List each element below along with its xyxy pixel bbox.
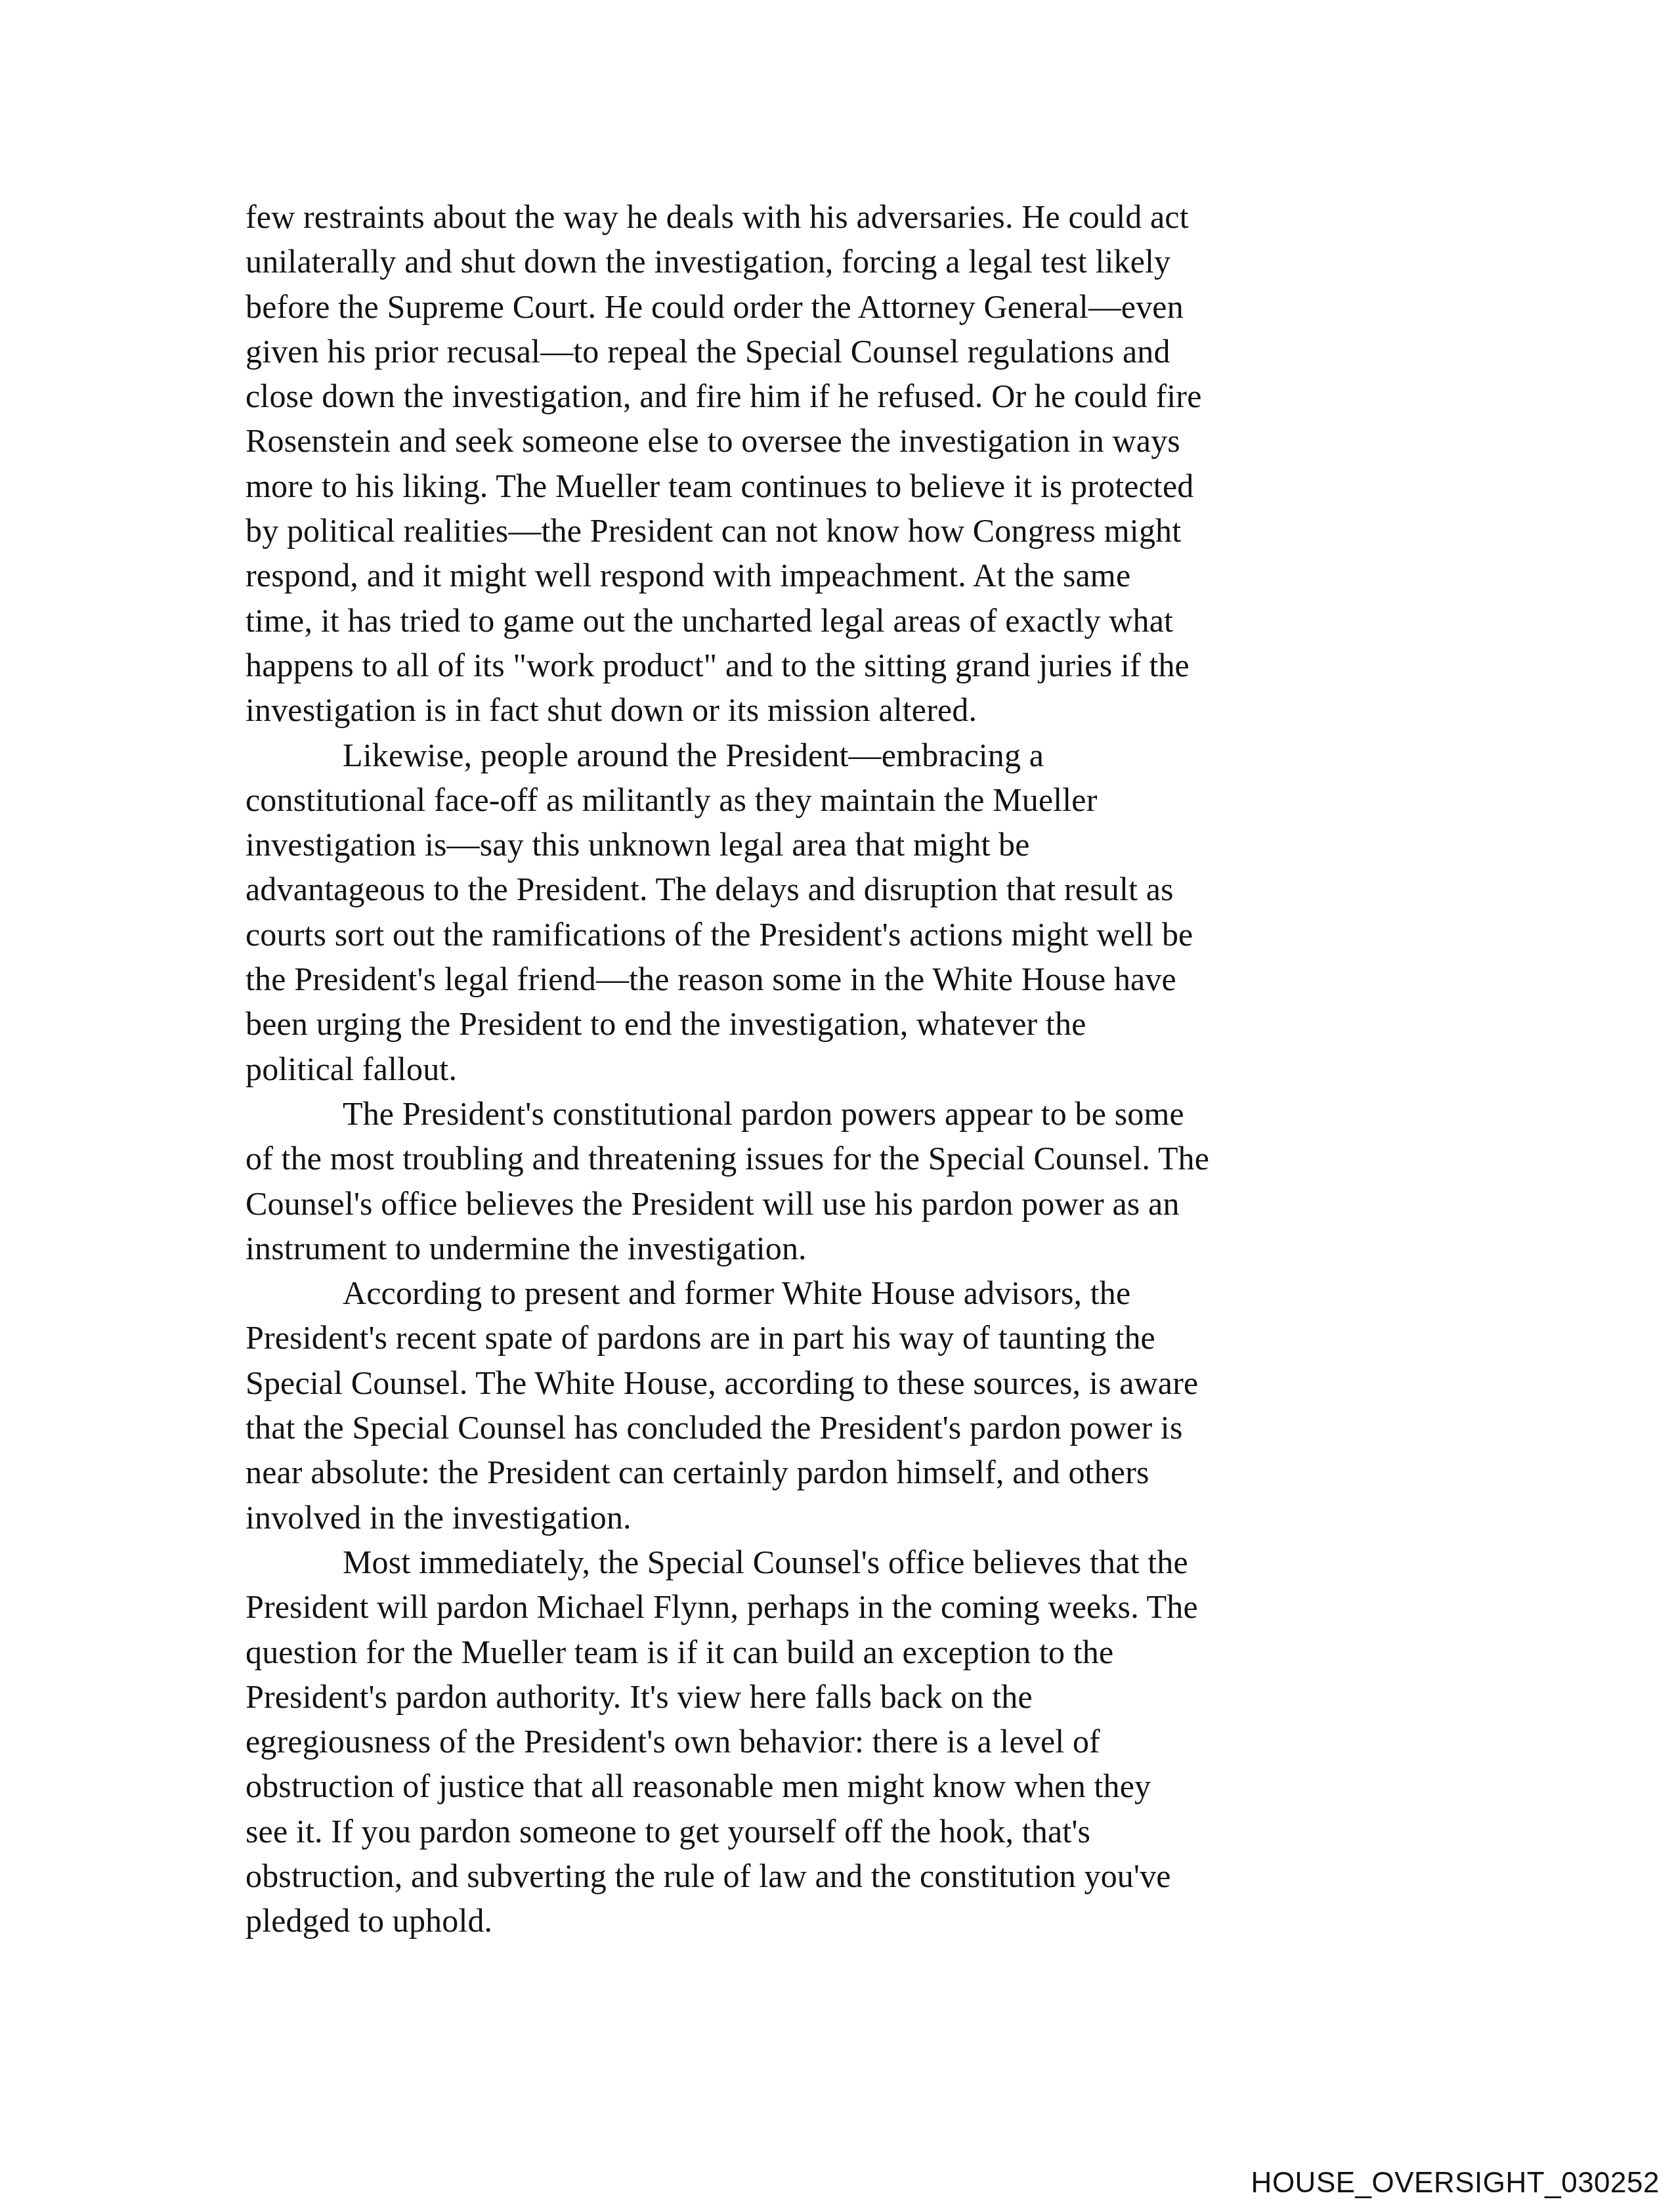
paragraph-1: few restraints about the way he deals wi… [246, 194, 1427, 733]
text-line: courts sort out the ramifications of the… [246, 912, 1427, 957]
bates-number: HOUSE_OVERSIGHT_030252 [1251, 2167, 1660, 2200]
text-line: by political realities—the President can… [246, 508, 1427, 553]
text-line: see it. If you pardon someone to get you… [246, 1809, 1427, 1854]
text-line: According to present and former White Ho… [246, 1270, 1427, 1315]
text-line: Rosenstein and seek someone else to over… [246, 418, 1427, 463]
text-line: close down the investigation, and fire h… [246, 374, 1427, 418]
paragraph-4: According to present and former White Ho… [246, 1270, 1427, 1540]
text-line: instrument to undermine the investigatio… [246, 1226, 1427, 1270]
text-line: political fallout. [246, 1047, 1427, 1091]
text-line: President's pardon authority. It's view … [246, 1674, 1427, 1719]
text-line: investigation is—say this unknown legal … [246, 822, 1427, 867]
paragraph-5: Most immediately, the Special Counsel's … [246, 1540, 1427, 1943]
text-line: unilaterally and shut down the investiga… [246, 239, 1427, 284]
text-line: Likewise, people around the President—em… [246, 733, 1427, 777]
text-line: that the Special Counsel has concluded t… [246, 1405, 1427, 1450]
text-line: obstruction of justice that all reasonab… [246, 1764, 1427, 1808]
text-line: advantageous to the President. The delay… [246, 867, 1427, 911]
text-line: Special Counsel. The White House, accord… [246, 1360, 1427, 1405]
body-text: few restraints about the way he deals wi… [246, 194, 1427, 1943]
text-line: Most immediately, the Special Counsel's … [246, 1540, 1427, 1584]
text-line: given his prior recusal—to repeal the Sp… [246, 329, 1427, 374]
text-line: President will pardon Michael Flynn, per… [246, 1584, 1427, 1629]
text-line: egregiousness of the President's own beh… [246, 1719, 1427, 1764]
text-line: involved in the investigation. [246, 1495, 1427, 1540]
text-line: before the Supreme Court. He could order… [246, 284, 1427, 329]
paragraph-3: The President's constitutional pardon po… [246, 1091, 1427, 1270]
text-line: pledged to uphold. [246, 1898, 1427, 1943]
text-line: investigation is in fact shut down or it… [246, 687, 1427, 732]
text-line: question for the Mueller team is if it c… [246, 1630, 1427, 1674]
text-line: been urging the President to end the inv… [246, 1001, 1427, 1046]
text-line: constitutional face-off as militantly as… [246, 777, 1427, 822]
text-line: near absolute: the President can certain… [246, 1450, 1427, 1494]
text-line: the President's legal friend—the reason … [246, 957, 1427, 1001]
text-line: few restraints about the way he deals wi… [246, 194, 1427, 239]
text-line: time, it has tried to game out the uncha… [246, 598, 1427, 643]
text-line: respond, and it might well respond with … [246, 553, 1427, 597]
text-line: President's recent spate of pardons are … [246, 1315, 1427, 1360]
text-line: more to his liking. The Mueller team con… [246, 464, 1427, 508]
text-line: The President's constitutional pardon po… [246, 1091, 1427, 1136]
text-line: happens to all of its "work product" and… [246, 643, 1427, 687]
text-line: Counsel's office believes the President … [246, 1181, 1427, 1226]
text-line: obstruction, and subverting the rule of … [246, 1854, 1427, 1898]
document-page: few restraints about the way he deals wi… [0, 0, 1674, 2212]
text-line: of the most troubling and threatening is… [246, 1136, 1427, 1181]
paragraph-2: Likewise, people around the President—em… [246, 733, 1427, 1091]
